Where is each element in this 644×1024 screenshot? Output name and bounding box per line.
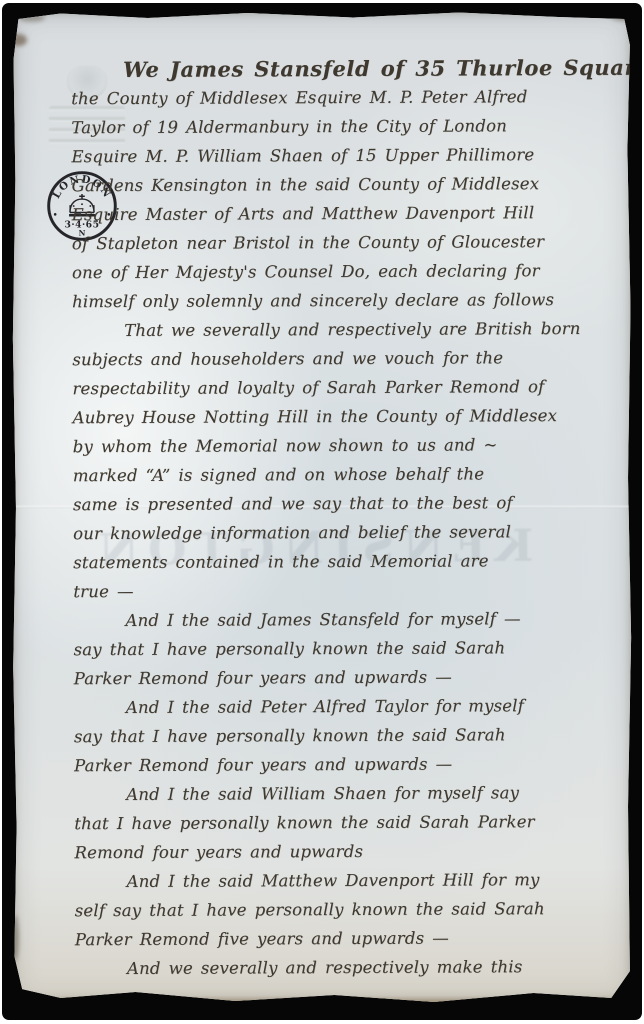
- manuscript-line: same is presented and we say that to the…: [73, 488, 625, 519]
- document-paper: LONDON 3·4·65 N KENSINGTON We James Stan…: [11, 10, 633, 1006]
- stamp-dot: [54, 213, 57, 216]
- manuscript-line: of Stapleton near Bristol in the County …: [72, 227, 624, 258]
- manuscript-line: self say that I have personally known th…: [75, 894, 627, 925]
- manuscript-line: say that I have personally known the sai…: [74, 633, 626, 664]
- manuscript-line: by whom the Memorial now shown to us and…: [73, 430, 625, 461]
- manuscript-line: Aubrey House Notting Hill in the County …: [72, 401, 624, 432]
- manuscript-line: Parker Remond four years and upwards —: [74, 749, 626, 780]
- manuscript-line: And I the said William Shaen for myself …: [74, 778, 626, 809]
- manuscript-line: Esquire M. P. William Shaen of 15 Upper …: [71, 140, 623, 171]
- manuscript-line: true —: [73, 575, 625, 606]
- manuscript-line: subjects and householders and we vouch f…: [72, 343, 624, 374]
- manuscript-line: say that I have personally known the sai…: [74, 720, 626, 751]
- manuscript-line: Parker Remond five years and upwards —: [75, 923, 627, 954]
- manuscript-line: We James Stansfeld of 35 Thurloe Square …: [71, 53, 623, 84]
- manuscript-line: our knowledge information and belief the…: [73, 517, 625, 548]
- manuscript-line: Gardens Kensington in the said County of…: [71, 169, 623, 200]
- manuscript-line: Remond four years and upwards: [74, 836, 626, 867]
- manuscript-line: respectability and loyalty of Sarah Park…: [72, 372, 624, 403]
- manuscript-line: statements contained in the said Memoria…: [73, 546, 625, 577]
- manuscript-line: Parker Remond four years and upwards —: [74, 662, 626, 693]
- manuscript-line: And I the said James Stansfeld for mysel…: [73, 604, 625, 635]
- manuscript-line: And I the said Matthew Davenport Hill fo…: [75, 865, 627, 896]
- manuscript-line: that I have personally known the said Sa…: [74, 807, 626, 838]
- manuscript-line: the County of Middlesex Esquire M. P. Pe…: [71, 82, 623, 113]
- manuscript-line: Taylor of 19 Aldermanbury in the City of…: [71, 111, 623, 142]
- manuscript-line: That we severally and respectively are B…: [72, 314, 624, 345]
- manuscript-line: himself only solemnly and sincerely decl…: [72, 285, 624, 316]
- manuscript-line: marked “A” is signed and on whose behalf…: [73, 459, 625, 490]
- manuscript-line: one of Her Majesty's Counsel Do, each de…: [72, 256, 624, 287]
- manuscript-line: Esquire Master of Arts and Matthew Daven…: [72, 198, 624, 229]
- manuscript-line: And we severally and respectively make t…: [75, 952, 627, 983]
- manuscript: We James Stansfeld of 35 Thurloe Square …: [71, 53, 627, 983]
- manuscript-line: And I the said Peter Alfred Taylor for m…: [74, 691, 626, 722]
